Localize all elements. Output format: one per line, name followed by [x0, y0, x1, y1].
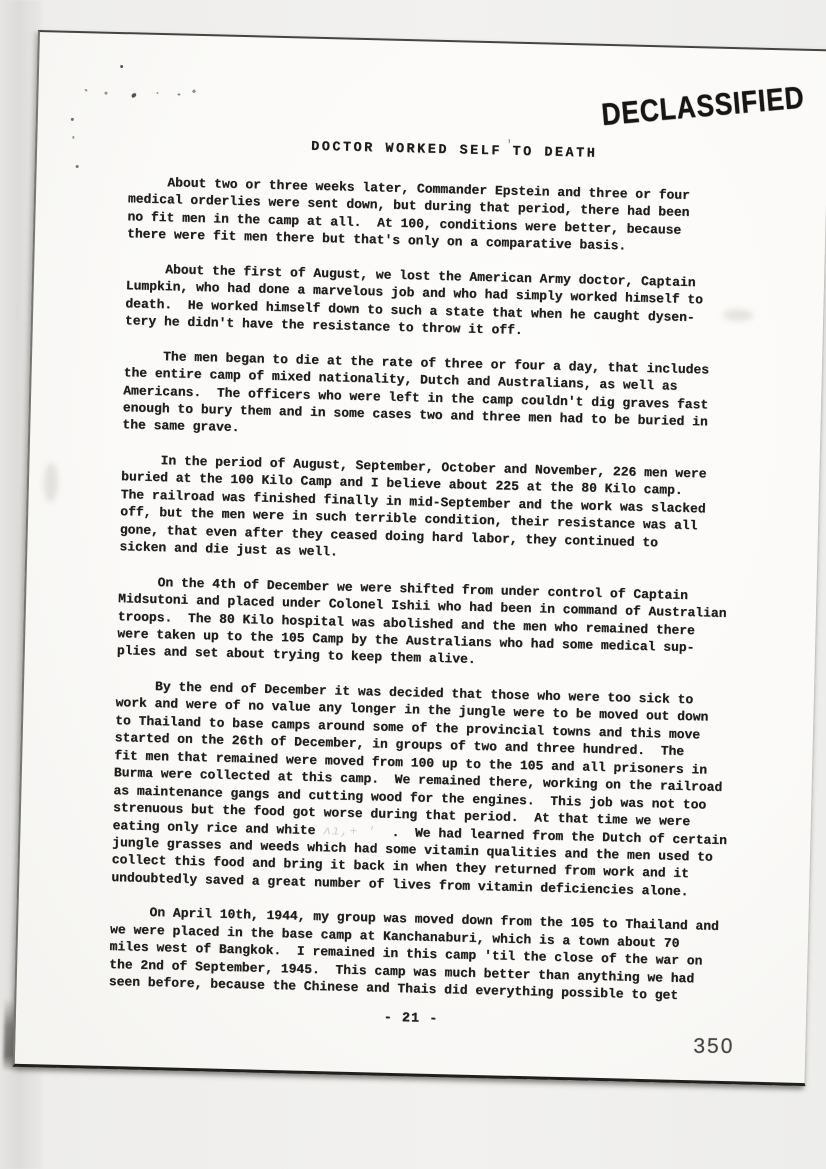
paragraph-1: About two or three weeks later, Commande…: [127, 173, 781, 259]
paragraph-7: On April 10th, 1944, my group was moved …: [109, 903, 763, 1006]
stray-typewriter-mark: ': [505, 137, 513, 152]
ink-speck: [192, 89, 196, 93]
document-body: About two or three weeks later, Commande…: [108, 173, 780, 1023]
paragraph-5: On the 4th of December we were shifted f…: [117, 573, 771, 676]
paragraph-4: In the period of August, September, Octo…: [119, 451, 773, 572]
ink-speck: [177, 93, 180, 95]
ink-speck: [120, 65, 123, 68]
ink-speck: [104, 92, 107, 95]
archive-stamp-number: 350: [693, 1035, 734, 1059]
ink-speck: [71, 118, 74, 121]
scan-smudge: [43, 462, 58, 502]
ink-speck: [156, 92, 158, 94]
faded-erased-word: ʌı,+ ': [323, 823, 376, 839]
ink-speck: [131, 93, 137, 98]
paragraph-6: By the end of December it was decided th…: [111, 677, 768, 902]
document-page: DECLASSIFIED DOCTOR WORKED SELF TO DEATH…: [13, 30, 826, 1086]
ink-speck: [76, 165, 79, 168]
ink-speck: [84, 89, 88, 92]
paragraph-3: The men began to die at the rate of thre…: [122, 347, 776, 450]
paragraph-2: About the first of August, we lost the A…: [125, 260, 779, 346]
paragraph-6-text: By the end of December it was decided th…: [112, 678, 722, 838]
declassified-stamp: DECLASSIFIED: [600, 79, 806, 133]
scan-background: DECLASSIFIED DOCTOR WORKED SELF TO DEATH…: [0, 0, 826, 1169]
page-title: DOCTOR WORKED SELF TO DEATH: [59, 134, 826, 168]
